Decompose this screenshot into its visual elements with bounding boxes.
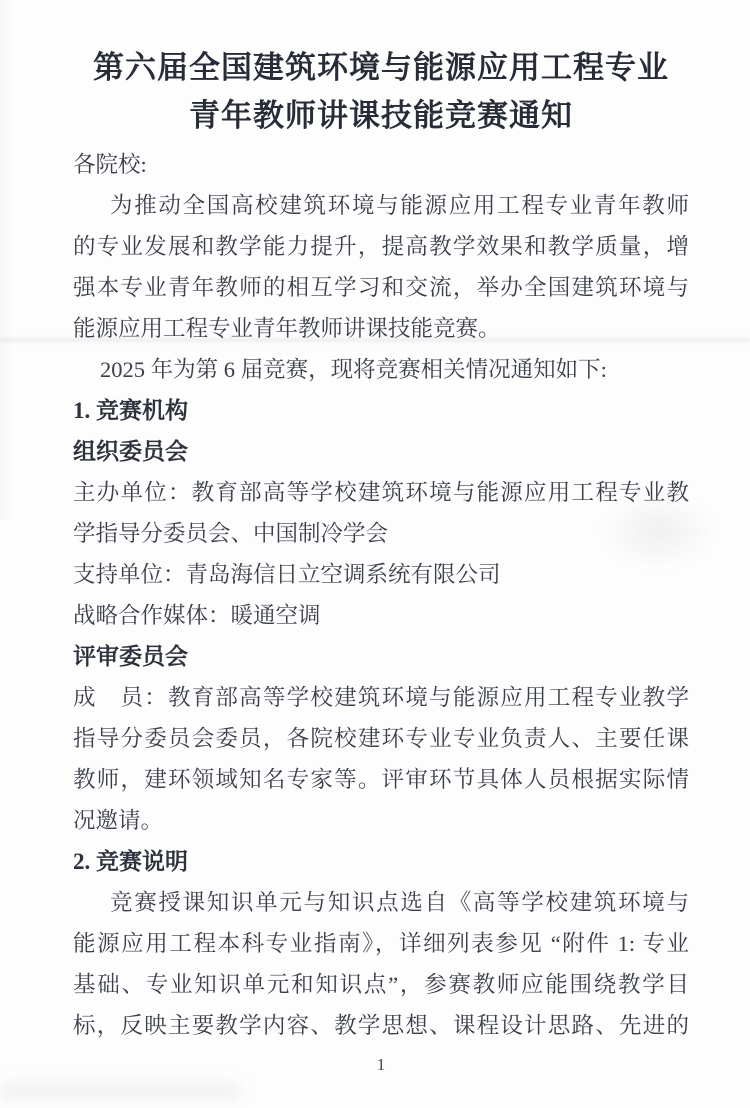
description-line-4: 标，反映主要教学内容、教学思想、课程设计思路、先进的 — [73, 1005, 689, 1046]
section-2-heading: 2. 竞赛说明 — [73, 841, 689, 882]
description-line-3: 基础、专业知识单元和知识点”，参赛教师应能围绕教学目 — [73, 964, 689, 1005]
scan-edge-artifact — [0, 0, 14, 520]
member-line-2: 指导分委员会委员，各院校建环专业专业负责人、主要任课 — [73, 718, 689, 759]
salutation: 各院校: — [73, 144, 689, 185]
organizing-committee-heading: 组织委员会 — [73, 431, 689, 472]
support-unit-line: 支持单位：青岛海信日立空调系统有限公司 — [73, 554, 689, 595]
intro-line-4: 能源应用工程专业青年教师讲课技能竞赛。 — [73, 308, 689, 349]
description-line-2: 能源应用工程本科专业指南》，详细列表参见 “附件 1: 专业 — [73, 923, 689, 964]
section-1-heading: 1. 竞赛机构 — [73, 390, 689, 431]
scan-streak-artifact — [0, 1082, 240, 1100]
document-content: 第六届全国建筑环境与能源应用工程专业 青年教师讲课技能竞赛通知 各院校: 为推动… — [73, 0, 689, 1075]
page-number: 1 — [73, 1055, 689, 1075]
media-partner-line: 战略合作媒体：暖通空调 — [73, 595, 689, 636]
notice-page: 第六届全国建筑环境与能源应用工程专业 青年教师讲课技能竞赛通知 各院校: 为推动… — [0, 0, 750, 1108]
member-line-1: 成 员：教育部高等学校建筑环境与能源应用工程专业教学 — [73, 677, 689, 718]
host-unit-line-1: 主办单位：教育部高等学校建筑环境与能源应用工程专业教 — [73, 472, 689, 513]
review-committee-heading: 评审委员会 — [73, 636, 689, 677]
document-title: 第六届全国建筑环境与能源应用工程专业 青年教师讲课技能竞赛通知 — [73, 44, 689, 140]
intro-line-2: 的专业发展和教学能力提升，提高教学效果和教学质量，增 — [73, 226, 689, 267]
intro-line-1: 为推动全国高校建筑环境与能源应用工程专业青年教师 — [73, 185, 689, 226]
intro-line-3: 强本专业青年教师的相互学习和交流，举办全国建筑环境与 — [73, 267, 689, 308]
member-line-4: 况邀请。 — [73, 800, 689, 841]
member-line-3: 教师，建环领域知名专家等。评审环节具体人员根据实际情 — [73, 759, 689, 800]
announcement-line: 2025 年为第 6 届竞赛，现将竞赛相关情况通知如下: — [73, 349, 689, 390]
description-line-1: 竞赛授课知识单元与知识点选自《高等学校建筑环境与 — [73, 882, 689, 923]
title-line-1: 第六届全国建筑环境与能源应用工程专业 — [73, 44, 689, 92]
title-line-2: 青年教师讲课技能竞赛通知 — [73, 92, 689, 140]
host-unit-line-2: 学指导分委员会、中国制冷学会 — [73, 513, 689, 554]
